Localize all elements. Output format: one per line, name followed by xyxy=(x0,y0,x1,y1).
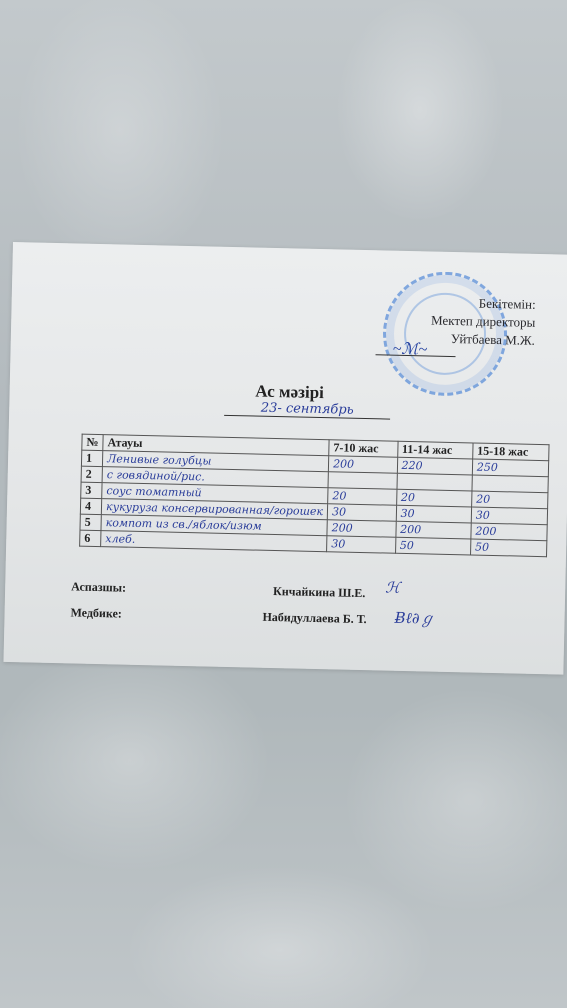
cook-label: Аспазшы: xyxy=(71,579,126,595)
portion-15-18: 50 xyxy=(470,539,546,557)
cook-name: Кнчайкина Ш.Е. xyxy=(273,584,366,601)
nurse-signature: Ƀℓ∂ℊ xyxy=(394,607,434,629)
portion-7-10: 30 xyxy=(327,504,396,522)
row-number: 5 xyxy=(80,514,101,530)
row-number: 6 xyxy=(80,530,101,546)
portion-11-14: 50 xyxy=(395,537,471,555)
portion-11-14: 200 xyxy=(395,521,471,539)
col-age-11-14: 11-14 жас xyxy=(397,441,473,459)
portion-7-10: 30 xyxy=(327,536,396,554)
portion-7-10: 200 xyxy=(328,456,397,474)
approval-heading: Бекітемін: xyxy=(431,294,536,314)
cook-signature: ℋ xyxy=(385,579,400,597)
col-number: № xyxy=(82,434,103,450)
portion-11-14: 220 xyxy=(397,457,473,475)
portion-15-18: 200 xyxy=(471,523,547,541)
portion-7-10: 20 xyxy=(328,488,397,506)
approval-block: Бекітемін: Мектеп директоры Уйтбаева М.Ж… xyxy=(431,294,536,350)
row-number: 3 xyxy=(81,482,102,498)
approval-position: Мектеп директоры xyxy=(431,312,536,332)
portion-15-18: 20 xyxy=(471,491,547,509)
row-number: 2 xyxy=(81,466,102,482)
menu-date: 23- сентябрь xyxy=(224,400,390,420)
portion-11-14: 30 xyxy=(396,505,472,523)
approval-name: Уйтбаева М.Ж. xyxy=(431,330,536,350)
row-number: 1 xyxy=(81,450,102,466)
portion-15-18 xyxy=(472,475,548,493)
menu-sheet: ~ℳ~ Бекітемін: Мектеп директоры Уйтбаева… xyxy=(3,242,567,675)
portion-15-18: 250 xyxy=(472,459,548,477)
director-signature: ~ℳ~ xyxy=(392,339,427,360)
nurse-label: Медбике: xyxy=(70,605,122,621)
portion-7-10 xyxy=(328,472,397,490)
portion-7-10: 200 xyxy=(327,520,396,538)
portion-11-14: 20 xyxy=(396,489,472,507)
menu-table: № Атауы 7-10 жас 11-14 жас 15-18 жас 1Ле… xyxy=(79,434,549,558)
row-number: 4 xyxy=(80,498,101,514)
portion-15-18: 30 xyxy=(471,507,547,525)
col-age-7-10: 7-10 жас xyxy=(329,440,398,458)
nurse-name: Набидуллаева Б. Т. xyxy=(262,610,366,627)
portion-11-14 xyxy=(397,473,473,491)
col-age-15-18: 15-18 жас xyxy=(473,443,549,461)
